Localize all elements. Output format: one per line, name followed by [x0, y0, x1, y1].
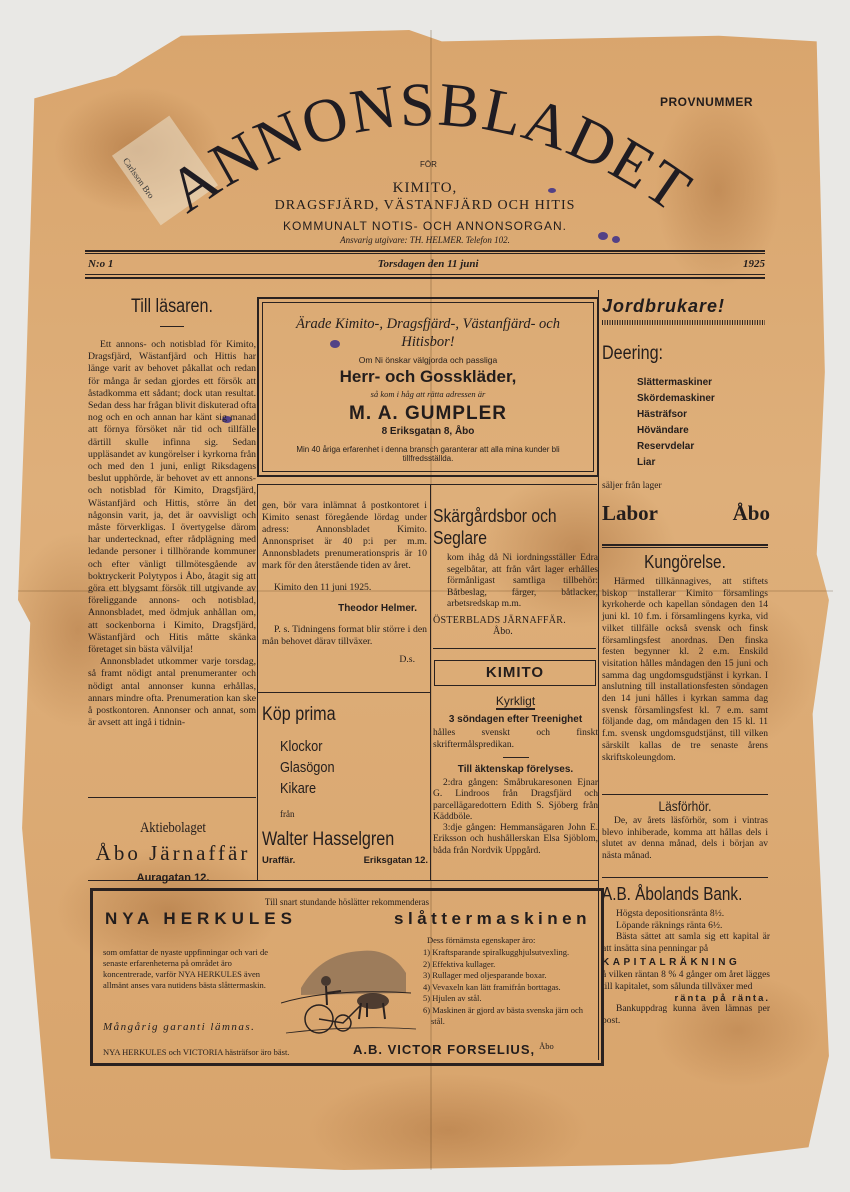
feature-item: 4) Vevaxeln kan lätt framifrån borttagas… — [423, 982, 593, 994]
issue-number: N:o 1 — [88, 258, 113, 270]
bank-body: Bästa sättet att samla sig ett kapital ä… — [602, 932, 770, 955]
editorial-paragraph-1: Ett annons- och notisblad för Kimito, Dr… — [88, 339, 256, 656]
kungorelse-section: Kungörelse. Härmed tillkännagives, att s… — [602, 552, 768, 764]
ad-address: Auragatan 12. — [88, 872, 258, 884]
ad-line: Om Ni önskar välgjorda och passliga — [259, 355, 597, 365]
postscript: P. s. Tidningens format blir större i de… — [262, 624, 427, 648]
section-rule — [602, 544, 768, 546]
ad-address: Eriksgatan 12. — [364, 855, 428, 866]
postscript-end: D.s. — [262, 654, 415, 665]
lasforhor-heading: Läsförhör. — [614, 798, 755, 814]
editorial-column: Till läsaren. Ett annons- och notisblad … — [88, 296, 256, 730]
headline-brand: NYA HERKULES — [105, 909, 297, 929]
ad-abo-jarnaffar: Aktiebolaget Åbo Järnaffär Auragatan 12. — [88, 820, 258, 884]
product-item: Glasögon — [280, 757, 408, 778]
newspaper-title: ANNONSBLADET — [150, 70, 710, 240]
product-item: Slättermaskiner — [637, 375, 770, 391]
lasforhor-body: De, av årets läsförhör, som i vintras bl… — [602, 816, 768, 862]
ad-osterblads: Skärgårdsbor och Seglare kom ihåg då Ni … — [433, 505, 598, 637]
ad-herkules: Till snart stundande höslätter rekommend… — [90, 888, 604, 1066]
ad-line: så kom i håg att rätta adressen är — [259, 389, 597, 399]
for-label: FÖR — [420, 160, 437, 169]
section-rule — [257, 484, 597, 485]
ad-line: från — [280, 809, 430, 819]
kyrkligt-label: Kyrkligt — [496, 694, 535, 710]
ad-gumpler: Ärade Kimito-, Dragsfjärd-, Västanfjärd-… — [257, 297, 599, 477]
ad-greeting: Ärade Kimito-, Dragsfjärd-, Västanfjärd-… — [269, 315, 587, 351]
product-item: Klockor — [280, 736, 408, 757]
product-item: Hövändare — [637, 423, 770, 439]
feature-item: 2) Effektiva kullager. — [423, 959, 593, 971]
masthead-regions: DRAGSFJÄRD, VÄSTANFJÄRD OCH HITIS — [0, 198, 850, 214]
product-item: Skördemaskiner — [637, 391, 770, 407]
bank-name: A.B. Åbolands Bank. — [602, 884, 745, 905]
company-name: A.B. VICTOR FORSELIUS, — [353, 1042, 535, 1057]
ad-company: M. A. GUMPLER — [259, 403, 597, 425]
feature-item: 3) Rullager med oljesparande boxar. — [423, 970, 593, 982]
issue-date: Torsdagen den 11 juni — [378, 258, 479, 270]
masthead-subtitle: KOMMUNALT NOTIS- OCH ANNONSORGAN. — [0, 219, 850, 233]
ad-intro: Till snart stundande höslätter rekommend… — [93, 897, 601, 907]
masthead-rule — [85, 250, 765, 252]
section-rule — [602, 794, 768, 795]
bank-rate: Löpande räknings ränta 6½. — [616, 921, 770, 933]
section-rule — [602, 547, 768, 548]
feature-item: 1) Kraftsparande spiralkugghjulsutvexlin… — [423, 947, 593, 959]
heading-rule — [160, 326, 184, 327]
ad-bank: A.B. Åbolands Bank. Högsta depositionsrä… — [602, 884, 770, 1027]
banns-second: 2:dra gången: Småbrukaresonen Ejnar G. L… — [433, 778, 598, 823]
product-item: Hästräfsor — [637, 407, 770, 423]
ad-company: ÖSTERBLADS JÄRNAFFÄR. — [433, 615, 598, 626]
ad-description: som omfattar de nyaste uppfinningar och … — [103, 947, 268, 991]
mower-illustration-icon — [281, 933, 421, 1043]
dateline-rule — [85, 274, 765, 275]
section-rule — [88, 797, 256, 798]
ad-hasselgren: Köp prima Klockor Glasögon Kikare från W… — [262, 704, 430, 866]
ad-brand: Deering: — [602, 343, 745, 365]
company-city: Åbo — [733, 501, 770, 526]
sunday-text: hålles svenskt och finskt skriftermålspr… — [433, 728, 598, 751]
ad-line: Aktiebolaget — [101, 820, 246, 837]
ad-headline: NYA HERKULES slåttermaskinen — [105, 909, 591, 929]
ad-guarantee: Mångårig garanti lämnas. — [103, 1021, 255, 1033]
ad-labor: Jordbrukare! Deering: Slättermaskiner Sk… — [602, 296, 770, 526]
section-rule — [257, 692, 430, 693]
ad-trade: Uraffär. — [262, 855, 295, 866]
banns-third: 3:dje gången: Hemmansägaren John E. Erik… — [433, 823, 598, 857]
ad-company: Åbo Järnaffär — [88, 841, 258, 866]
dateline: N:o 1 Torsdagen den 11 juni 1925 — [88, 258, 765, 270]
ad-headline: Herr- och Gosskläder, — [259, 367, 597, 387]
ad-company: A.B. VICTOR FORSELIUS, Åbo — [353, 1041, 554, 1059]
section-rule — [602, 877, 768, 878]
feature-item: 6) Maskinen är gjord av bästa svenska jä… — [423, 1005, 593, 1028]
bank-emphasis: ränta på ränta. — [602, 993, 770, 1004]
bank-product: KAPITALRÄKNING — [602, 957, 770, 968]
ad-company: Labor Åbo — [602, 501, 770, 526]
masthead-publisher: Ansvarig utgivare: TH. HELMER. Telefon 1… — [0, 235, 850, 245]
product-item: Reservdelar — [637, 439, 770, 455]
editorial-continuation: gen, bör vara inlämnat å postkontoret i … — [262, 500, 427, 665]
kimito-banner: KIMITO — [434, 660, 596, 686]
product-list: Slättermaskiner Skördemaskiner Hästräfso… — [637, 375, 770, 471]
section-rule — [433, 648, 596, 649]
features-list: 1) Kraftsparande spiralkugghjulsutvexlin… — [423, 947, 593, 1028]
bank-body: Bankuppdrag kunna även lämnas per post. — [602, 1004, 770, 1027]
heading-rule — [503, 757, 529, 758]
bank-body: å vilken räntan 8 % 4 gånger om året läg… — [602, 970, 770, 993]
masthead-rule — [85, 253, 765, 254]
ad-company: Walter Hasselgren — [262, 829, 405, 851]
sunday-heading: 3 söndagen efter Treenighet — [433, 714, 598, 725]
company-city: Åbo — [539, 1041, 554, 1051]
product-item: Liar — [637, 455, 770, 471]
masthead-kimito: KIMITO, — [0, 180, 850, 197]
dateline-rule — [85, 277, 765, 279]
banner-label: KIMITO — [435, 661, 595, 685]
bank-rate: Högsta depositionsränta 8½. — [616, 909, 770, 921]
ad-footer: Min 40 åriga erfarenhet i denna bransch … — [277, 445, 579, 463]
section-rule — [88, 880, 598, 881]
product-item: Kikare — [280, 778, 408, 799]
banns-heading: Till äktenskap förelyses. — [433, 764, 598, 775]
ad-headline: Skärgårdsbor och Seglare — [433, 505, 598, 549]
lasforhor-section: Läsförhör. De, av årets läsförhör, som i… — [602, 798, 768, 862]
headline-product: slåttermaskinen — [394, 909, 591, 929]
ad-footer: Uraffär. Eriksgatan 12. — [262, 855, 428, 866]
kimito-news: Kyrkligt 3 söndagen efter Treenighet hål… — [433, 694, 598, 857]
ad-body: kom ihåg då Ni iordningsställer Edra seg… — [447, 553, 598, 611]
ad-headline: Jordbrukare! — [602, 296, 770, 317]
ad-city: Åbo. — [493, 626, 598, 637]
signature: Theodor Helmer. — [262, 603, 417, 614]
features-heading: Dess förnämsta egenskaper äro: — [427, 935, 535, 945]
place-date: Kimito den 11 juni 1925. — [262, 582, 427, 593]
decorative-rule — [602, 320, 765, 325]
editorial-continuation-text: gen, bör vara inlämnat å postkontoret i … — [262, 500, 427, 572]
issue-year: 1925 — [743, 258, 765, 270]
product-list: Klockor Glasögon Kikare — [280, 736, 430, 799]
feature-item: 5) Hjulen av stål. — [423, 993, 593, 1005]
editorial-paragraph-2: Annonsbladet utkommer varje torsdag, så … — [88, 656, 256, 729]
kungorelse-body: Härmed tillkännagives, att stiftets bisk… — [602, 577, 768, 764]
ad-headline: Köp prima — [262, 704, 405, 726]
editorial-heading: Till läsaren. — [101, 296, 244, 318]
kungorelse-heading: Kungörelse. — [614, 552, 755, 573]
column-divider — [430, 485, 431, 880]
kyrkligt-heading: Kyrkligt — [433, 694, 598, 708]
company-name: Labor — [602, 501, 658, 526]
ad-footnote: NYA HERKULES och VICTORIA hästräfsor äro… — [103, 1047, 289, 1057]
ad-address: 8 Eriksgatan 8, Åbo — [259, 426, 597, 437]
ad-line: säljer från lager — [602, 481, 770, 491]
